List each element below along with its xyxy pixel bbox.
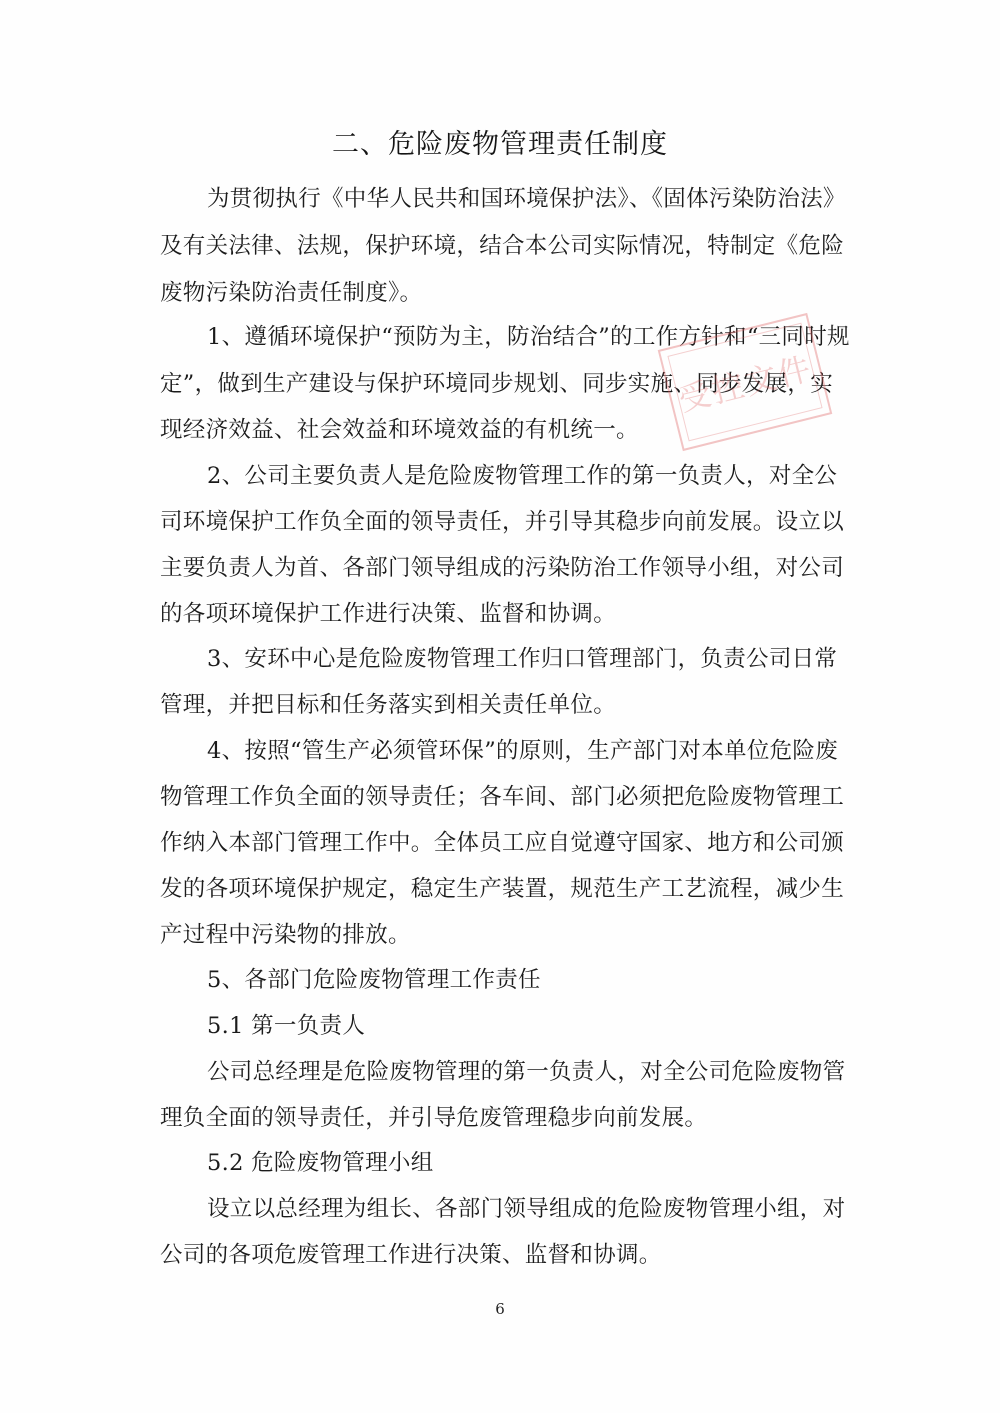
- clause-5-1-line-2: 理负全面的领导责任，并引导危废管理稳步向前发展。: [160, 1100, 707, 1132]
- clause-3-line-1: 3、安环中心是危险废物管理工作归口管理部门，负责公司日常: [207, 641, 837, 673]
- clause-2-line-2: 司环境保护工作负全面的领导责任，并引导其稳步向前发展。设立以: [160, 504, 844, 536]
- clause-2-line-3: 主要负责人为首、各部门领导组成的污染防治工作领导小组，对公司: [160, 550, 844, 582]
- clause-4-line-4: 发的各项环境保护规定，稳定生产装置，规范生产工艺流程，减少生: [160, 871, 844, 903]
- clause-4-line-2: 物管理工作负全面的领导责任；各车间、部门必须把危险废物管理工: [160, 779, 844, 811]
- clause-4-line-5: 产过程中污染物的排放。: [160, 917, 411, 949]
- clause-5-1-line-1: 公司总经理是危险废物管理的第一负责人，对全公司危险废物管: [207, 1054, 845, 1086]
- page-title: 二、危险废物管理责任制度: [0, 122, 1000, 161]
- document-page: 二、危险废物管理责任制度 为贯彻执行《中华人民共和国环境保护法》、《固体污染防治…: [0, 0, 1000, 1413]
- clause-4-line-3: 作纳入本部门管理工作中。全体员工应自觉遵守国家、地方和公司颁: [160, 825, 844, 857]
- clause-1-line-2: 定”，做到生产建设与保护环境同步规划、同步实施、同步发展，实: [160, 366, 833, 398]
- intro-line-1: 为贯彻执行《中华人民共和国环境保护法》、《固体污染防治法》: [207, 181, 846, 213]
- page-number: 6: [0, 1300, 1000, 1318]
- intro-line-3: 废物污染防治责任制度》。: [160, 275, 422, 307]
- clause-5-1-heading: 5.1 第一负责人: [207, 1008, 365, 1040]
- clause-5-2-heading: 5.2 危险废物管理小组: [207, 1145, 434, 1177]
- intro-line-2: 及有关法律、法规，保护环境，结合本公司实际情况，特制定《危险: [160, 228, 844, 260]
- clause-2-line-4: 的各项环境保护工作进行决策、监督和协调。: [160, 596, 616, 628]
- clause-2-line-1: 2、公司主要负责人是危险废物管理工作的第一负责人，对全公: [207, 458, 837, 490]
- clause-5-2-line-1: 设立以总经理为组长、各部门领导组成的危险废物管理小组，对: [207, 1191, 845, 1223]
- clause-1-line-1: 1、遵循环境保护“预防为主，防治结合”的工作方针和“三同时规: [207, 319, 850, 351]
- clause-5-heading: 5、各部门危险废物管理工作责任: [207, 962, 541, 994]
- clause-3-line-2: 管理，并把目标和任务落实到相关责任单位。: [160, 687, 616, 719]
- clause-1-line-3: 现经济效益、社会效益和环境效益的有机统一。: [160, 412, 639, 444]
- clause-4-line-1: 4、按照“管生产必须管环保”的原则，生产部门对本单位危险废: [207, 733, 838, 765]
- clause-5-2-line-2: 公司的各项危废管理工作进行决策、监督和协调。: [160, 1237, 662, 1269]
